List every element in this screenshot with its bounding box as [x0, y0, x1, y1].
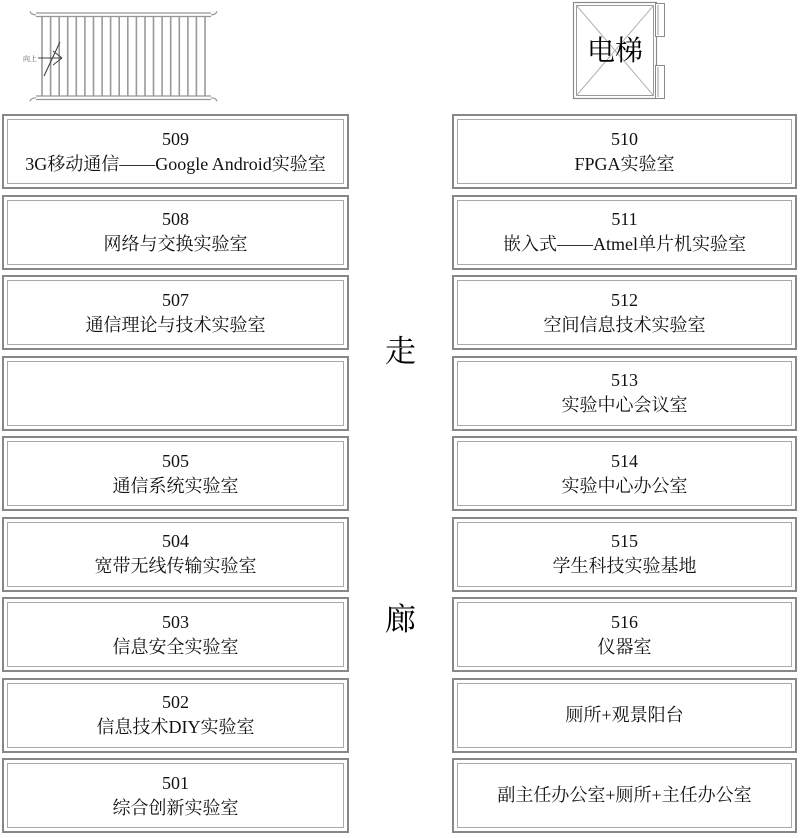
room-number: 508 — [162, 207, 189, 232]
room-box: 厕所+观景阳台 — [452, 678, 797, 753]
room-box: 508 网络与交换实验室 — [2, 195, 349, 270]
room-number: 516 — [611, 610, 638, 635]
room-box: 507 通信理论与技术实验室 — [2, 275, 349, 350]
elevator-label: 电梯 — [587, 35, 643, 67]
room-box: 509 3G移动通信——Google Android实验室 — [2, 114, 349, 189]
room-number: 510 — [611, 127, 638, 152]
room-box: 504 宽带无线传输实验室 — [2, 517, 349, 592]
room-name: 信息技术DIY实验室 — [97, 715, 255, 740]
room-number: 504 — [162, 529, 189, 554]
room-name: 通信系统实验室 — [113, 474, 239, 499]
room-name: 嵌入式——Atmel单片机实验室 — [503, 232, 746, 257]
room-box: 512 空间信息技术实验室 — [452, 275, 797, 350]
room-number: 515 — [611, 529, 638, 554]
room-name: 综合创新实验室 — [113, 796, 239, 821]
room-name: 空间信息技术实验室 — [544, 313, 706, 338]
room-name: 宽带无线传输实验室 — [95, 554, 257, 579]
stair-rail-ends — [30, 11, 217, 101]
room-name: 通信理论与技术实验室 — [86, 313, 266, 338]
room-name: 仪器室 — [598, 635, 652, 660]
room-number: 502 — [162, 690, 189, 715]
room-column-right: 510 FPGA实验室 511 嵌入式——Atmel单片机实验室 512 空间信… — [452, 114, 797, 833]
elevator-drawing: 电梯 — [570, 0, 672, 104]
room-number: 513 — [611, 368, 638, 393]
room-box: 514 实验中心办公室 — [452, 436, 797, 511]
floor-plan: 向上 电梯 走 廊 509 3G移动通信——Google Android实验室 … — [0, 0, 800, 838]
room-number: 511 — [611, 207, 637, 232]
staircase-drawing: 向上 — [18, 8, 218, 108]
stairs-direction-label: 向上 — [23, 54, 37, 63]
room-box: 510 FPGA实验室 — [452, 114, 797, 189]
room-name: 厕所+观景阳台 — [565, 703, 683, 728]
room-number: 507 — [162, 288, 189, 313]
room-box: 501 综合创新实验室 — [2, 758, 349, 833]
stair-treads — [42, 17, 205, 96]
room-name: 信息安全实验室 — [113, 635, 239, 660]
room-box: 513 实验中心会议室 — [452, 356, 797, 431]
room-box: 511 嵌入式——Atmel单片机实验室 — [452, 195, 797, 270]
room-name: FPGA实验室 — [574, 152, 674, 177]
corridor-label-bottom: 廊 — [349, 594, 452, 639]
room-name: 副主任办公室+厕所+主任办公室 — [497, 783, 751, 808]
room-number: 514 — [611, 449, 638, 474]
room-number: 512 — [611, 288, 638, 313]
room-name: 3G移动通信——Google Android实验室 — [25, 152, 326, 177]
room-box: 副主任办公室+厕所+主任办公室 — [452, 758, 797, 833]
corridor-label-top: 走 — [349, 326, 452, 371]
room-column-left: 509 3G移动通信——Google Android实验室 508 网络与交换实… — [2, 114, 349, 833]
room-box: 505 通信系统实验室 — [2, 436, 349, 511]
room-box: 515 学生科技实验基地 — [452, 517, 797, 592]
room-name: 实验中心办公室 — [562, 474, 688, 499]
room-name: 实验中心会议室 — [562, 393, 688, 418]
room-number: 503 — [162, 610, 189, 635]
room-number: 501 — [162, 771, 189, 796]
room-box: 502 信息技术DIY实验室 — [2, 678, 349, 753]
room-name: 学生科技实验基地 — [553, 554, 697, 579]
room-number: 509 — [162, 127, 189, 152]
stair-rails — [36, 13, 211, 100]
room-box: 516 仪器室 — [452, 597, 797, 672]
room-name: 网络与交换实验室 — [104, 232, 248, 257]
room-box: 503 信息安全实验室 — [2, 597, 349, 672]
room-box — [2, 356, 349, 431]
room-number: 505 — [162, 449, 189, 474]
